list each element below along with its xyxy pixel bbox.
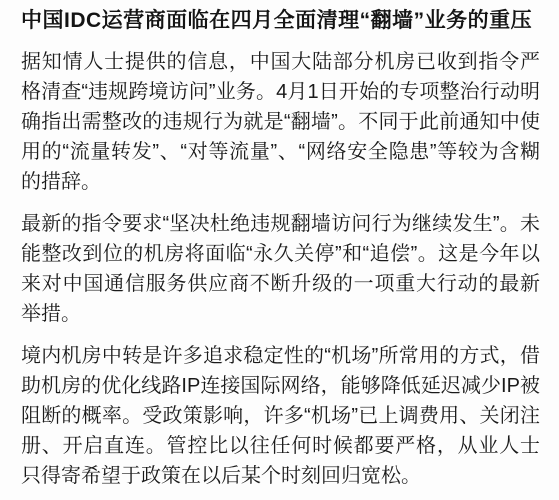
article-body: 中国IDC运营商面临在四月全面清理“翻墙”业务的重压 据知情人士提供的信息，中国… xyxy=(0,0,559,491)
article-paragraph-3: 境内机房中转是许多追求稳定性的“机场”所常用的方式，借助机房的优化线路IP连接国… xyxy=(21,341,540,491)
article-paragraph-1: 据知情人士提供的信息，中国大陆部分机房已收到指令严格清查“违规跨境访问”业务。4… xyxy=(21,47,540,197)
article-title: 中国IDC运营商面临在四月全面清理“翻墙”业务的重压 xyxy=(21,6,540,36)
article-paragraph-2: 最新的指令要求“坚决杜绝违规翻墙访问行为继续发生”。未能整改到位的机房将面临“永… xyxy=(21,209,540,329)
